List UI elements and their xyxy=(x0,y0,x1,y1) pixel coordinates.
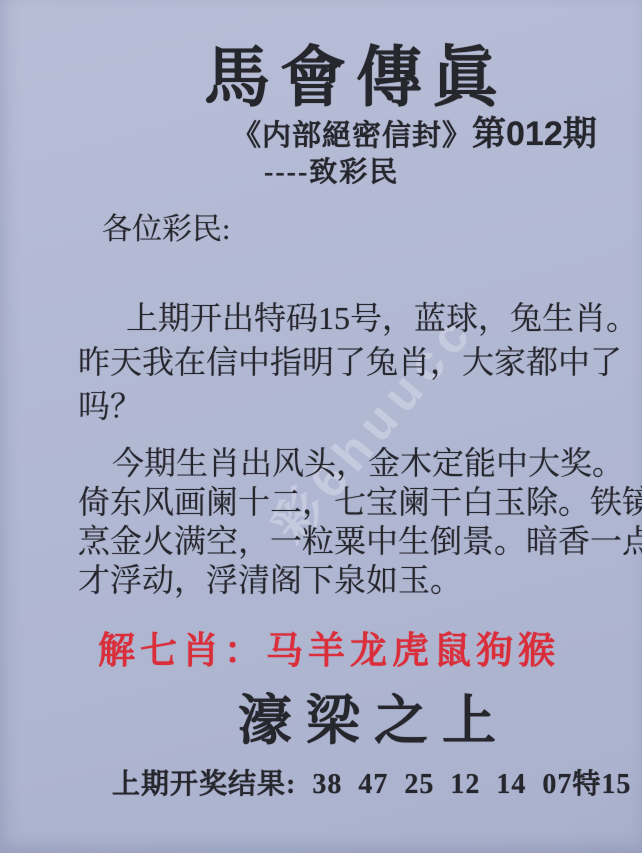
envelope-label: 《内部絕密信封》 xyxy=(232,113,472,154)
paragraph-line: 烹金火满空，一粒粟中生倒景。暗香一点 xyxy=(78,522,626,561)
paragraph-line: 才浮动，浮清阁下泉如玉。 xyxy=(78,561,626,600)
idiom-answer-line: 濠梁之上 xyxy=(238,678,510,755)
page-title: 馬會傳眞 xyxy=(204,24,508,119)
paragraph-line: 倚东风画阑十二，七宝阑干白玉除。铁镜 xyxy=(78,483,626,522)
issue-line: 《内部絕密信封》 第012期 xyxy=(232,106,597,155)
seven-xiao-prediction: 解七肖：马羊龙虎鼠狗猴 xyxy=(98,620,560,674)
paragraph-line: 吗？ xyxy=(78,384,626,428)
paragraph-line: 昨天我在信中指明了兔肖，大家都中了 xyxy=(78,340,626,384)
paragraph-previous-draw: 上期开出特码15号，蓝球，兔生肖。 昨天我在信中指明了兔肖，大家都中了 吗？ xyxy=(78,296,626,428)
greeting-line: 各位彩民: xyxy=(102,204,230,248)
issue-number: 第012期 xyxy=(472,106,597,155)
paragraph-current-tip: 今期生肖出风头，金木定能中大奖。 倚东风画阑十二，七宝阑干白玉除。铁镜 烹金火满… xyxy=(78,444,626,600)
paragraph-line: 今期生肖出风头，金木定能中大奖。 xyxy=(78,444,626,483)
dedication-line: ----致彩民 xyxy=(264,150,399,190)
fax-letter: 彩6huucc 馬會傳眞 《内部絕密信封》 第012期 ----致彩民 各位彩民… xyxy=(0,0,642,853)
paragraph-line: 上期开出特码15号，蓝球，兔生肖。 xyxy=(78,296,626,340)
previous-results-line: 上期开奖结果: 38 47 25 12 14 07特15 xyxy=(112,762,631,802)
